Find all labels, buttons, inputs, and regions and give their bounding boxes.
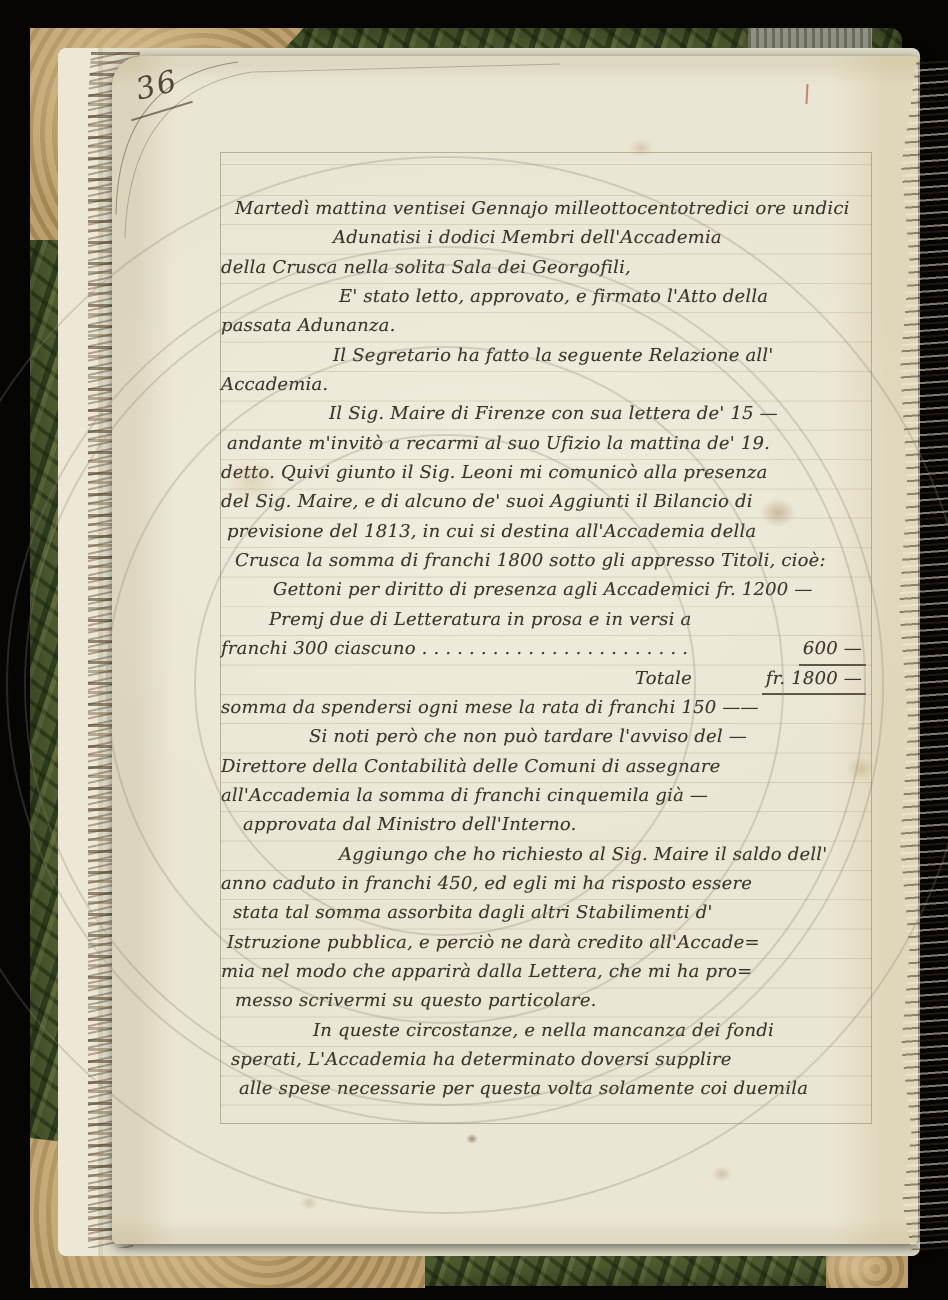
manuscript-line: Crusca la somma di franchi 1800 sotto gl… [221,546,870,575]
manuscript-line: Aggiungo che ho richiesto al Sig. Maire … [221,840,870,869]
manuscript-line: Istruzione pubblica, e perciò ne darà cr… [221,928,870,957]
manuscript-line: Direttore della Contabilità delle Comuni… [221,752,870,781]
amount-value: 600 — [799,634,866,665]
manuscript-line: Il Sig. Maire di Firenze con sua lettera… [221,399,870,428]
manuscript-line: Il Segretario ha fatto la seguente Relaz… [221,341,870,370]
manuscript-line: Adunatisi i dodici Membri dell'Accademia [221,223,870,252]
manuscript-line: E' stato letto, approvato, e firmato l'A… [221,282,870,311]
manuscript-line: all'Accademia la somma di franchi cinque… [221,781,870,810]
manuscript-line: della Crusca nella solita Sala dei Georg… [221,253,870,282]
manuscript-line: approvata dal Ministro dell'Interno. [221,810,870,839]
manuscript-line: sperati, L'Accademia ha determinato dove… [221,1045,870,1074]
manuscript-line: franchi 300 ciascuno . . . . . . . . . .… [221,634,870,663]
manuscript-line: mia nel modo che apparirà dalla Lettera,… [221,957,870,986]
handwritten-text: Martedì mattina ventisei Gennajo milleot… [221,194,870,1104]
manuscript-line: Premj due di Letteratura in prosa e in v… [221,605,870,634]
manuscript-line: In queste circostanze, e nella mancanza … [221,1016,870,1045]
manuscript-line: messo scrivermi su questo particolare. [221,986,870,1015]
manuscript-photo: 36 Martedì mattina ventisei Gennajo mill… [0,0,948,1300]
manuscript-line: anno caduto in franchi 450, ed egli mi h… [221,869,870,898]
manuscript-line: Totalefr. 1800 — [221,664,870,693]
manuscript-line: Accademia. [221,370,870,399]
manuscript-line: somma da spendersi ogni mese la rata di … [221,693,870,722]
manuscript-line: Si noti però che non può tardare l'avvis… [221,722,870,751]
amount-value: fr. 1800 — [762,664,866,695]
manuscript-line: Gettoni per diritto di presenza agli Acc… [221,575,870,604]
manuscript-line: detto. Quivi giunto il Sig. Leoni mi com… [221,458,870,487]
manuscript-line: passata Adunanza. [221,311,870,340]
manuscript-line: Martedì mattina ventisei Gennajo milleot… [221,194,870,223]
manuscript-line: stata tal somma assorbita dagli altri St… [221,898,870,927]
manuscript-line: previsione del 1813, in cui si destina a… [221,517,870,546]
manuscript-line: alle spese necessarie per questa volta s… [221,1074,870,1103]
manuscript-line: del Sig. Maire, e di alcuno de' suoi Agg… [221,487,870,516]
manuscript-line: andante m'invitò a recarmi al suo Ufizio… [221,429,870,458]
